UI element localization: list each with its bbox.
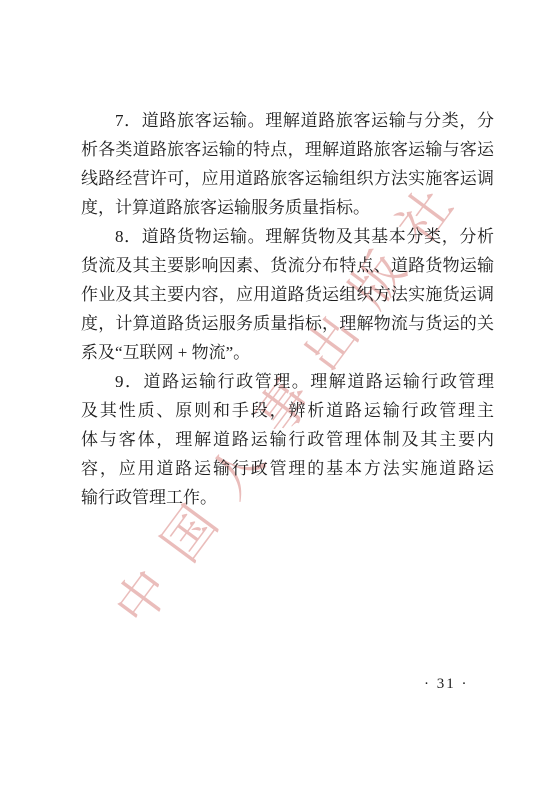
text-line: 度，计算道路旅客运输服务质量指标。	[81, 193, 494, 222]
text-line: 货流及其主要影响因素、货流分布特点、道路货物运输	[81, 251, 494, 280]
text-line: 及其性质、原则和手段，辨析道路运输行政管理主	[81, 396, 494, 425]
text-line: 系及“互联网 + 物流”。	[81, 338, 494, 367]
text-line: 7．道路旅客运输。理解道路旅客运输与分类，分	[81, 106, 494, 135]
text-line: 线路经营许可，应用道路旅客运输组织方法实施客运调	[81, 164, 494, 193]
text-line: 容，应用道路运输行政管理的基本方法实施道路运	[81, 454, 494, 483]
paragraph: 7．道路旅客运输。理解道路旅客运输与分类，分析各类道路旅客运输的特点，理解道路旅…	[81, 106, 494, 222]
paragraphs: 7．道路旅客运输。理解道路旅客运输与分类，分析各类道路旅客运输的特点，理解道路旅…	[81, 106, 494, 512]
paragraph: 9．道路运输行政管理。理解道路运输行政管理及其性质、原则和手段，辨析道路运输行政…	[81, 367, 494, 512]
text-line: 9．道路运输行政管理。理解道路运输行政管理	[81, 367, 494, 396]
text-line: 输行政管理工作。	[81, 483, 494, 512]
body-text: 7．道路旅客运输。理解道路旅客运输与分类，分析各类道路旅客运输的特点，理解道路旅…	[81, 106, 494, 512]
text-line: 体与客体，理解道路运输行政管理体制及其主要内	[81, 425, 494, 454]
text-line: 度，计算道路货运服务质量指标，理解物流与货运的关	[81, 309, 494, 338]
page-number: · 31 ·	[424, 676, 469, 693]
text-line: 作业及其主要内容，应用道路货运组织方法实施货运调	[81, 280, 494, 309]
text-line: 析各类道路旅客运输的特点，理解道路旅客运输与客运	[81, 135, 494, 164]
book-page: 中国人事出版社 7．道路旅客运输。理解道路旅客运输与分类，分析各类道路旅客运输的…	[0, 0, 560, 794]
paragraph: 8．道路货物运输。理解货物及其基本分类，分析货流及其主要影响因素、货流分布特点、…	[81, 222, 494, 367]
text-line: 8．道路货物运输。理解货物及其基本分类，分析	[81, 222, 494, 251]
